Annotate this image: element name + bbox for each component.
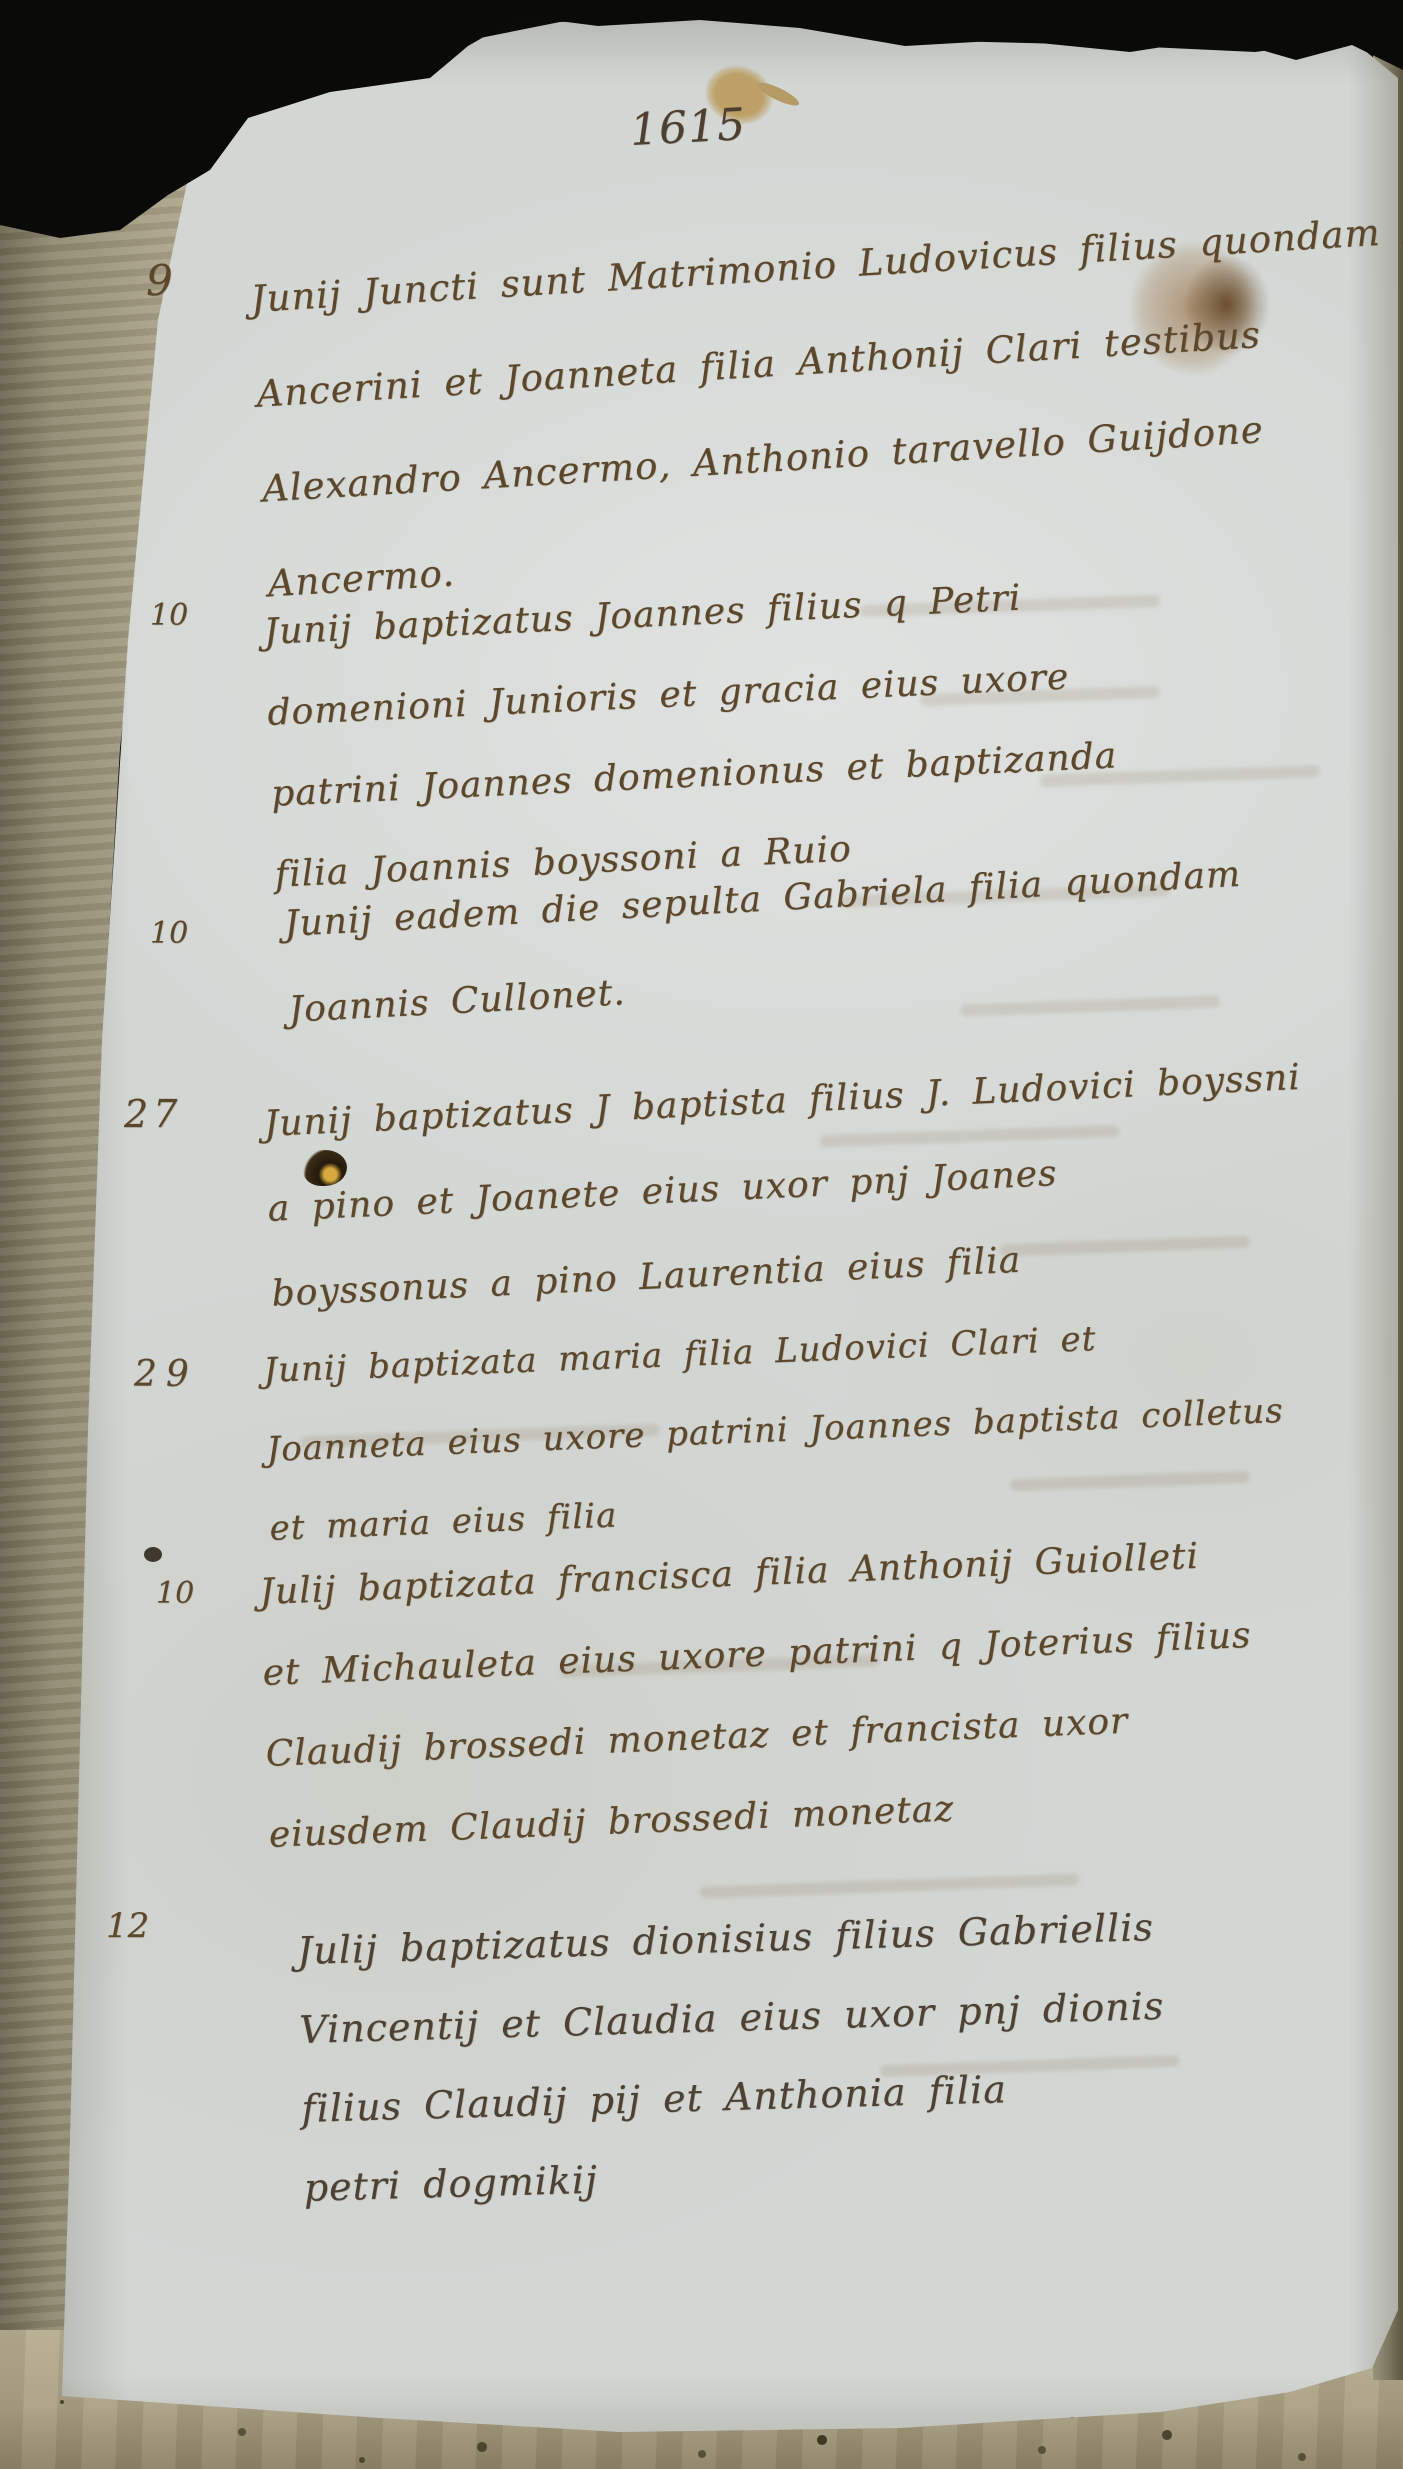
entry-day-number: 10 bbox=[156, 1576, 194, 1611]
entry-day-number: 10 bbox=[150, 916, 188, 951]
register-entry: Julij baptizata francisca filia Anthonij… bbox=[258, 1514, 1259, 1876]
entry-day-number: 29 bbox=[134, 1354, 198, 1395]
register-entry: Junij Juncti sunt Matrimonio Ludovicus f… bbox=[248, 174, 1403, 632]
entry-day-number: 9 bbox=[146, 256, 173, 305]
manuscript-photo: 1615 9 10 10 27 29 10 12 Junij Juncti su… bbox=[0, 0, 1403, 2469]
year-heading: 1615 bbox=[629, 99, 747, 156]
entry-day-number: 10 bbox=[150, 598, 188, 633]
entry-day-number: 12 bbox=[106, 1906, 149, 1946]
foxing-speckles bbox=[60, 2400, 64, 2404]
ink-dot bbox=[144, 1547, 162, 1562]
register-entry: Julij baptizatus dionisius filius Gabrie… bbox=[296, 1888, 1170, 2228]
register-entry: Junij baptizatus J baptista filius J. Lu… bbox=[262, 1035, 1310, 1337]
entry-day-number: 27 bbox=[124, 1092, 182, 1136]
